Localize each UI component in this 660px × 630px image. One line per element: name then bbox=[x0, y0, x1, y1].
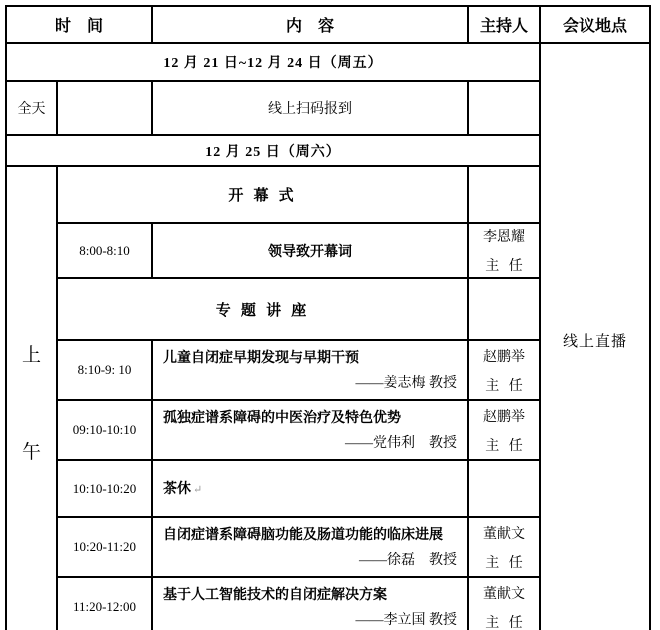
header-content: 内 容 bbox=[152, 6, 468, 43]
date-row-day1: 12 月 21 日~12 月 24 日（周五） 线上直播 bbox=[6, 43, 650, 81]
header-location: 会议地点 bbox=[540, 6, 650, 43]
session-time: 8:00-8:10 bbox=[57, 223, 152, 278]
return-mark-icon: ↵ bbox=[193, 484, 202, 496]
location-cell: 线上直播 bbox=[540, 43, 650, 630]
lectures-section-title: 专 题 讲 座 bbox=[57, 278, 468, 340]
host-cell: 赵鹏举 主 任 bbox=[468, 400, 540, 460]
host-cell: 赵鹏举 主 任 bbox=[468, 340, 540, 400]
session-time: 11:20-12:00 bbox=[57, 577, 152, 630]
break-content: 茶休↵ bbox=[152, 460, 468, 517]
morning-label: 上 午 bbox=[7, 340, 56, 464]
opening-host-empty bbox=[468, 166, 540, 223]
session-content: 儿童自闭症早期发现与早期干预 ——姜志梅 教授 bbox=[152, 340, 468, 400]
day1-date: 12 月 21 日~12 月 24 日（周五） bbox=[6, 43, 540, 81]
lectures-host-empty bbox=[468, 278, 540, 340]
talk-speaker: ——党伟利 教授 bbox=[163, 432, 457, 452]
schedule-table: 时 间 内 容 主持人 会议地点 12 月 21 日~12 月 24 日（周五）… bbox=[5, 5, 651, 630]
break-host-empty bbox=[468, 460, 540, 517]
host-role: 主 任 bbox=[469, 552, 539, 572]
morning-period-cell: 上 午 bbox=[6, 166, 57, 630]
morning-label-bottom: 午 bbox=[22, 437, 41, 464]
session-time: 10:20-11:20 bbox=[57, 517, 152, 577]
talk-title: 儿童自闭症早期发现与早期干预 bbox=[163, 347, 457, 367]
session-content: 孤独症谱系障碍的中医治疗及特色优势 ——党伟利 教授 bbox=[152, 400, 468, 460]
talk-title: 孤独症谱系障碍的中医治疗及特色优势 bbox=[163, 407, 457, 427]
header-host: 主持人 bbox=[468, 6, 540, 43]
host-name: 赵鹏举 bbox=[469, 406, 539, 426]
header-row: 时 间 内 容 主持人 会议地点 bbox=[6, 6, 650, 43]
allday-activity: 线上扫码报到 bbox=[152, 81, 468, 135]
morning-label-top: 上 bbox=[22, 340, 41, 367]
host-name: 董献文 bbox=[469, 583, 539, 603]
host-role: 主 任 bbox=[469, 612, 539, 630]
header-time: 时 间 bbox=[6, 6, 152, 43]
talk-speaker: ——徐磊 教授 bbox=[163, 549, 457, 569]
day2-date: 12 月 25 日（周六） bbox=[6, 135, 540, 166]
host-name: 董献文 bbox=[469, 523, 539, 543]
host-name: 赵鹏举 bbox=[469, 346, 539, 366]
allday-time-empty bbox=[57, 81, 152, 135]
talk-speaker: ——李立国 教授 bbox=[163, 609, 457, 629]
host-cell: 董献文 主 任 bbox=[468, 517, 540, 577]
session-time: 10:10-10:20 bbox=[57, 460, 152, 517]
talk-title: 自闭症谱系障碍脑功能及肠道功能的临床进展 bbox=[163, 524, 457, 544]
allday-label: 全天 bbox=[6, 81, 57, 135]
host-role: 主 任 bbox=[469, 375, 539, 395]
session-content: 基于人工智能技术的自闭症解决方案 ——李立国 教授 bbox=[152, 577, 468, 630]
opening-section-title: 开 幕 式 bbox=[57, 166, 468, 223]
session-title: 领导致开幕词 bbox=[152, 223, 468, 278]
session-content: 自闭症谱系障碍脑功能及肠道功能的临床进展 ——徐磊 教授 bbox=[152, 517, 468, 577]
talk-title: 基于人工智能技术的自闭症解决方案 bbox=[163, 584, 457, 604]
talk-speaker: ——姜志梅 教授 bbox=[163, 372, 457, 392]
session-time: 09:10-10:10 bbox=[57, 400, 152, 460]
host-name: 李恩耀 bbox=[469, 226, 539, 246]
host-cell: 李恩耀 主 任 bbox=[468, 223, 540, 278]
session-time: 8:10-9: 10 bbox=[57, 340, 152, 400]
break-title: 茶休 bbox=[163, 480, 191, 496]
host-role: 主 任 bbox=[469, 255, 539, 275]
host-cell: 董献文 主 任 bbox=[468, 577, 540, 630]
host-role: 主 任 bbox=[469, 435, 539, 455]
agenda-page: 时 间 内 容 主持人 会议地点 12 月 21 日~12 月 24 日（周五）… bbox=[0, 0, 660, 630]
allday-host-empty bbox=[468, 81, 540, 135]
